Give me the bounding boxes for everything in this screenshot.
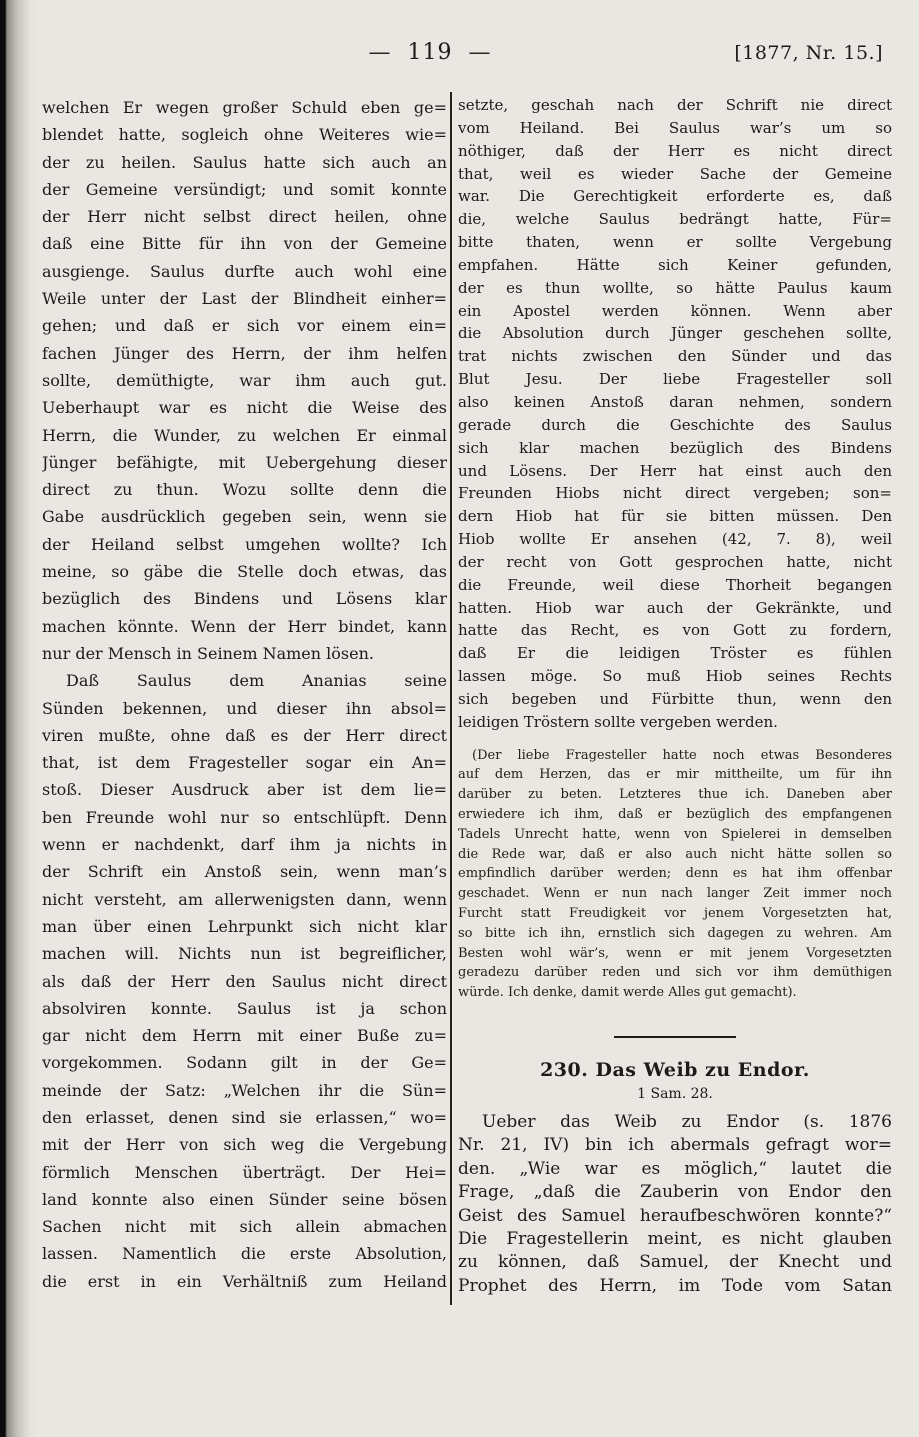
text-line: blendet hatte, sogleich ohne Weiteres wi… [42,121,447,148]
text-line: der Gemeine versündigt; und somit konnte [42,176,447,203]
right-column-main-text: setzte, geschah nach der Schrift nie dir… [458,94,892,734]
text-line: vom Heiland. Bei Saulus war’s um so [458,117,892,140]
page-number: 119 [408,40,453,65]
text-line: die Rede war, daß er also auch nicht hät… [458,845,892,865]
text-line: Ueber das Weib zu Endor (s. 1876 [458,1111,892,1134]
text-line: man über einen Lehrpunkt sich nicht klar [42,913,447,940]
text-line: absolviren konnte. Saulus ist ja schon [42,995,447,1022]
text-line: und Lösens. Der Herr hat einst auch den [458,460,892,483]
text-line: machen könnte. Wenn der Herr bindet, kan… [42,613,447,640]
text-line: direct zu thun. Wozu sollte denn die [42,476,447,503]
text-line: nicht versteht, am allerwenigsten dann, … [42,886,447,913]
text-line: geradezu darüber reden und sich vor ihm … [458,963,892,983]
text-line: gehen; und daß er sich vor einem ein= [42,312,447,339]
text-line: viren mußte, ohne daß es der Herr direct [42,722,447,749]
column-divider [450,92,452,1305]
page-header: —119— [320,40,540,65]
text-line: der recht von Gott gesprochen hatte, nic… [458,551,892,574]
text-line: Jünger befähigte, mit Uebergehung dieser [42,449,447,476]
text-line: die, welche Saulus bedrängt hatte, Für= [458,208,892,231]
text-line: geschadet. Wenn er nun nach langer Zeit … [458,884,892,904]
text-line: welchen Er wegen großer Schuld eben ge= [42,94,447,121]
text-line: wenn er nachdenkt, darf ihm ja nichts in [42,831,447,858]
text-line: setzte, geschah nach der Schrift nie dir… [458,94,892,117]
text-line: hatten. Hiob war auch der Gekränkte, und [458,597,892,620]
text-line: den. „Wie war es möglich,“ lautet die [458,1158,892,1181]
text-line: darüber zu beten. Letzteres thue ich. Da… [458,785,892,805]
text-line: Daß Saulus dem Ananias seine [42,667,447,694]
text-line: gar nicht dem Herrn mit einer Buße zu= [42,1022,447,1049]
text-line: bitte thaten, wenn er sollte Vergebung [458,231,892,254]
text-line: die erst in ein Verhältniß zum Heiland [42,1268,447,1295]
section-separator [614,1036,736,1038]
text-line: als daß der Herr den Saulus nicht direct [42,968,447,995]
text-line: Frage, „daß die Zauberin von Endor den [458,1181,892,1204]
text-line: nur der Mensch in Seinem Namen lösen. [42,640,447,667]
section-heading: 230. Das Weib zu Endor. [458,1059,892,1081]
text-line: dern Hiob hat für sie bitten müssen. Den [458,505,892,528]
text-line: die Absolution durch Jünger geschehen so… [458,322,892,345]
text-line: war. Die Gerechtigkeit erforderte es, da… [458,185,892,208]
header-dash-left: — [369,40,392,65]
text-line: daß Er die leidigen Tröster es fühlen [458,642,892,665]
text-line: Nr. 21, IV) bin ich abermals gefragt wor… [458,1134,892,1157]
text-line: der Herr nicht selbst direct heilen, ohn… [42,203,447,230]
text-line: sollte, demüthigte, war ihm auch gut. [42,367,447,394]
text-line: Die Fragestellerin meint, es nicht glaub… [458,1228,892,1251]
text-line: so bitte ich ihn, ernstlich sich dagegen… [458,924,892,944]
text-line: leidigen Tröstern sollte vergeben werden… [458,711,892,734]
text-line: auf dem Herzen, das er mir mittheilte, u… [458,765,892,785]
text-line: Besten wohl wär’s, wenn er mit jenem Vor… [458,944,892,964]
header-dash-right: — [469,40,492,65]
scanned-page: —119— [1877, Nr. 15.] welchen Er wegen g… [0,0,919,1437]
text-line: bezüglich des Bindens und Lösens klar [42,585,447,612]
editor-note: (Der liebe Fragesteller hatte noch etwas… [458,746,892,1003]
text-line: würde. Ich denke, damit werde Alles gut … [458,983,892,1003]
text-line: meine, so gäbe die Stelle doch etwas, da… [42,558,447,585]
text-line: Ueberhaupt war es nicht die Weise des [42,394,447,421]
text-line: that, weil es wieder Sache der Gemeine [458,163,892,186]
text-line: empfahen. Hätte sich Keiner gefunden, [458,254,892,277]
text-line: (Der liebe Fragesteller hatte noch etwas… [458,746,892,766]
text-line: Freunden Hiobs nicht direct vergeben; so… [458,482,892,505]
text-line: meinde der Satz: „Welchen ihr die Sün= [42,1077,447,1104]
text-line: förmlich Menschen überträgt. Der Hei= [42,1159,447,1186]
text-line: machen will. Nichts nun ist begreifliche… [42,940,447,967]
text-line: vorgekommen. Sodann gilt in der Ge= [42,1049,447,1076]
text-line: trat nichts zwischen den Sünder und das [458,345,892,368]
scan-edge-shadow [0,0,38,1437]
text-line: ben Freunde wohl nur so entschlüpft. Den… [42,804,447,831]
text-line: der Schrift ein Anstoß sein, wenn man’s [42,858,447,885]
text-line: Hiob wollte Er ansehen (42, 7. 8), weil [458,528,892,551]
text-line: gerade durch die Geschichte des Saulus [458,414,892,437]
text-line: Herrn, die Wunder, zu welchen Er einmal [42,422,447,449]
text-line: der es thun wollte, so hätte Paulus kaum [458,277,892,300]
text-line: land konnte also einen Sünder seine böse… [42,1186,447,1213]
text-line: Weile unter der Last der Blindheit einhe… [42,285,447,312]
text-line: Furcht statt Freudigkeit vor jenem Vorge… [458,904,892,924]
text-line: lassen. Namentlich die erste Absolution, [42,1240,447,1267]
text-line: daß eine Bitte für ihn von der Gemeine [42,230,447,257]
text-line: ausgienge. Saulus durfte auch wohl eine [42,258,447,285]
section-article-text: Ueber das Weib zu Endor (s. 1876Nr. 21, … [458,1111,892,1298]
text-line: Sünden bekennen, und dieser ihn absol= [42,695,447,722]
text-line: der zu heilen. Saulus hatte sich auch an [42,149,447,176]
text-line: die Freunde, weil diese Thorheit begange… [458,574,892,597]
text-line: erwiedere ich ihm, daß er bezüglich des … [458,805,892,825]
text-line: fachen Jünger des Herrn, der ihm helfen [42,340,447,367]
text-line: Prophet des Herrn, im Tode vom Satan [458,1275,892,1298]
text-line: der Heiland selbst umgehen wollte? Ich [42,531,447,558]
text-line: nöthiger, daß der Herr es nicht direct [458,140,892,163]
text-line: also keinen Anstoß daran nehmen, sondern [458,391,892,414]
text-line: lassen möge. So muß Hiob seines Rechts [458,665,892,688]
section-reference: 1 Sam. 28. [458,1086,892,1102]
text-line: that, ist dem Fragesteller sogar ein An= [42,749,447,776]
text-line: Blut Jesu. Der liebe Fragesteller soll [458,368,892,391]
text-line: stoß. Dieser Ausdruck aber ist dem lie= [42,776,447,803]
text-line: hatte das Recht, es von Gott zu fordern, [458,619,892,642]
text-line: sich klar machen bezüglich des Bindens [458,437,892,460]
text-line: Tadels Unrecht hatte, wenn von Spielerei… [458,825,892,845]
issue-label: [1877, Nr. 15.] [734,42,883,64]
text-line: den erlasset, denen sind sie erlassen,“ … [42,1104,447,1131]
text-line: mit der Herr von sich weg die Vergebung [42,1131,447,1158]
text-line: Sachen nicht mit sich allein abmachen [42,1213,447,1240]
text-line: empfindlich darüber werden; denn es hat … [458,864,892,884]
left-column: welchen Er wegen großer Schuld eben ge=b… [42,94,447,1295]
text-line: ein Apostel werden können. Wenn aber [458,300,892,323]
right-column: setzte, geschah nach der Schrift nie dir… [458,94,892,1298]
text-line: sich begeben und Fürbitte thun, wenn den [458,688,892,711]
text-line: Gabe ausdrücklich gegeben sein, wenn sie [42,503,447,530]
text-line: Geist des Samuel heraufbeschwören konnte… [458,1205,892,1228]
text-line: zu können, daß Samuel, der Knecht und [458,1251,892,1274]
